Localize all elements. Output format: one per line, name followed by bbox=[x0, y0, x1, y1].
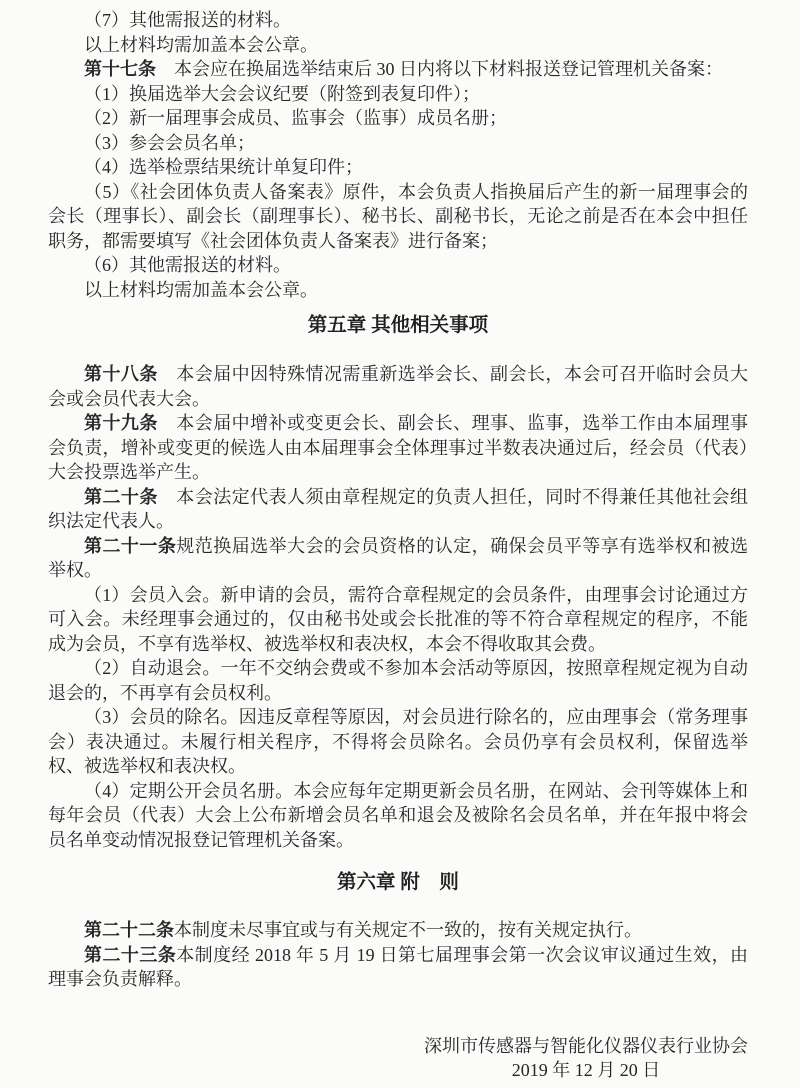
article-21: 第二十一条规范换届选举大会的会员资格的认定，确保会员平等享有选举权和被选举权。 bbox=[48, 534, 748, 583]
stamp-note-1: 以上材料均需加盖本会公章。 bbox=[48, 33, 748, 58]
item-7: （7）其他需报送的材料。 bbox=[48, 8, 748, 33]
item-2: （2）新一届理事会成员、监事会（监事）成员名册； bbox=[48, 106, 748, 131]
article-20-number: 第二十条 bbox=[84, 487, 158, 507]
stamp-note-2: 以上材料均需加盖本会公章。 bbox=[48, 278, 748, 303]
article-18-number: 第十八条 bbox=[84, 364, 158, 384]
article-21-number: 第二十一条 bbox=[84, 536, 176, 556]
document-page: （7）其他需报送的材料。 以上材料均需加盖本会公章。 第十七条 本会应在换届选举… bbox=[0, 0, 800, 1088]
article-20: 第二十条 本会法定代表人须由章程规定的负责人担任，同时不得兼任其他社会组织法定代… bbox=[48, 485, 748, 534]
item-6: （6）其他需报送的材料。 bbox=[48, 253, 748, 278]
signature-organization: 深圳市传感器与智能化仪器仪表行业协会 bbox=[424, 1034, 748, 1059]
article-17-number: 第十七条 bbox=[84, 59, 156, 79]
article-22: 第二十二条本制度未尽事宜或与有关规定不一致的，按有关规定执行。 bbox=[48, 918, 748, 943]
article-17: 第十七条 本会应在换届选举结束后 30 日内将以下材料报送登记管理机关备案： bbox=[48, 57, 748, 82]
signature-block: 深圳市传感器与智能化仪器仪表行业协会 2019 年 12 月 20 日 bbox=[48, 1034, 748, 1083]
signature-date: 2019 年 12 月 20 日 bbox=[424, 1058, 748, 1083]
item-1: （1）换届选举大会会议纪要（附签到表复印件）； bbox=[48, 82, 748, 107]
item-3: （3）参会会员名单； bbox=[48, 131, 748, 156]
item-5: （5）《社会团体负责人备案表》原件，本会负责人指换届后产生的新一届理事会的会长（… bbox=[48, 180, 748, 254]
chapter-5-heading: 第五章 其他相关事项 bbox=[48, 313, 748, 338]
membership-join-clause: （1）会员入会。新申请的会员，需符合章程规定的会员条件，由理事会讨论通过方可入会… bbox=[48, 583, 748, 657]
chapter-6-heading: 第六章 附 则 bbox=[48, 870, 748, 895]
roster-publication-clause: （4）定期公开会员名册。本会应每年定期更新会员名册，在网站、会刊等媒体上和每年会… bbox=[48, 779, 748, 853]
auto-withdrawal-clause: （2）自动退会。一年不交纳会费或不参加本会活动等原因，按照章程规定视为自动退会的… bbox=[48, 656, 748, 705]
article-18: 第十八条 本会届中因特殊情况需重新选举会长、副会长，本会可召开临时会员大会或会员… bbox=[48, 362, 748, 411]
item-4: （4）选举检票结果统计单复印件； bbox=[48, 155, 748, 180]
article-19-number: 第十九条 bbox=[84, 413, 158, 433]
article-17-text: 本会应在换届选举结束后 30 日内将以下材料报送登记管理机关备案： bbox=[156, 59, 723, 79]
article-22-number: 第二十二条 bbox=[84, 920, 174, 940]
article-22-text: 本制度未尽事宜或与有关规定不一致的，按有关规定执行。 bbox=[174, 920, 642, 940]
expulsion-clause: （3）会员的除名。因违反章程等原因，对会员进行除名的，应由理事会（常务理事会）表… bbox=[48, 705, 748, 779]
article-19: 第十九条 本会届中增补或变更会长、副会长、理事、监事，选举工作由本届理事会负责，… bbox=[48, 411, 748, 485]
article-23: 第二十三条本制度经 2018 年 5 月 19 日第七届理事会第一次会议审议通过… bbox=[48, 943, 748, 992]
article-23-number: 第二十三条 bbox=[84, 945, 176, 965]
signature-inner: 深圳市传感器与智能化仪器仪表行业协会 2019 年 12 月 20 日 bbox=[424, 1034, 748, 1083]
